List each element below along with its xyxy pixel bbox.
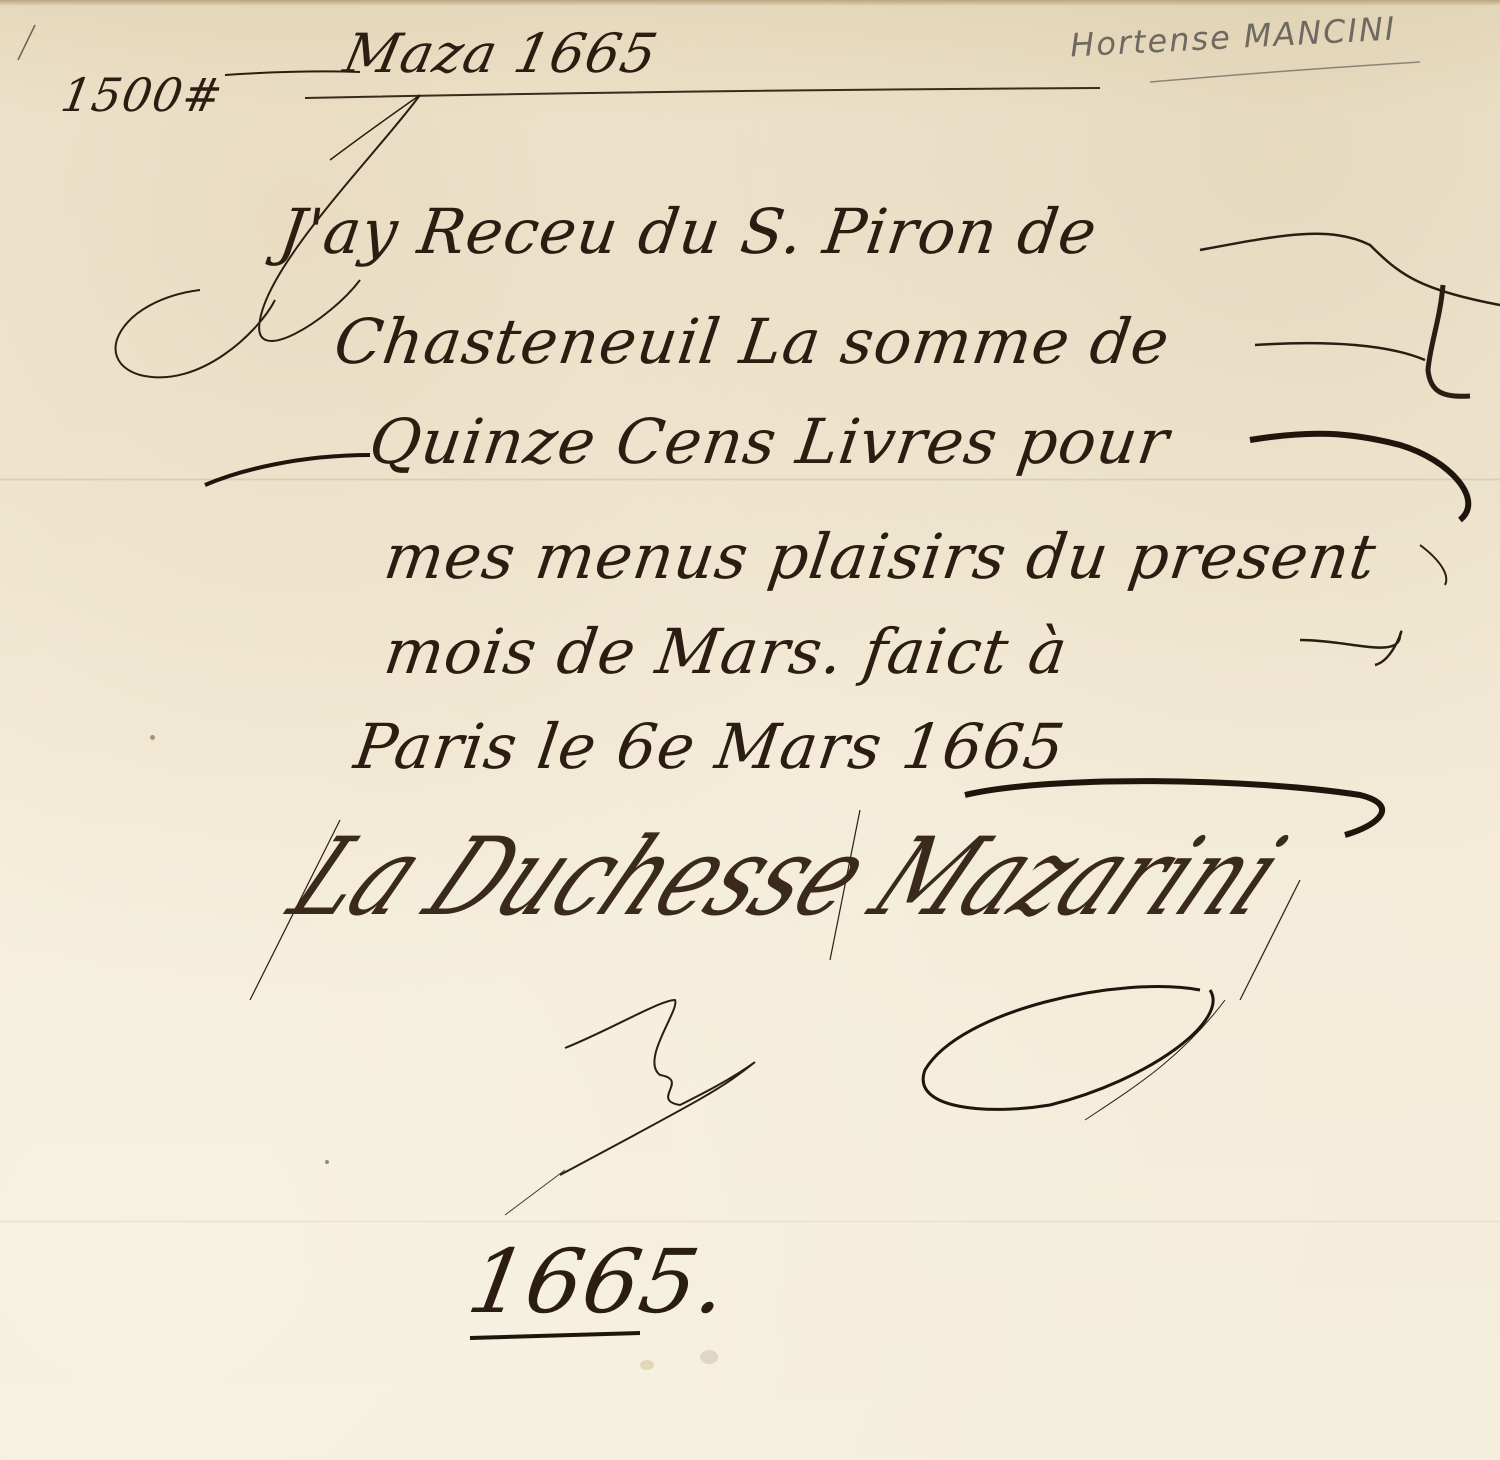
paper-top-edge: [0, 0, 1500, 6]
ink-speck: [325, 1160, 329, 1164]
amount-note: 1500#: [57, 68, 227, 122]
docket-date: Maza 1665: [338, 22, 663, 85]
paper-fold-line: [0, 478, 1500, 481]
paper-stain: [700, 1350, 718, 1364]
paper-fold-line-lower: [0, 1220, 1500, 1223]
paper-stain: [640, 1360, 654, 1370]
body-line-5: mois de Mars. faict à: [380, 615, 1072, 688]
body-line-1: J'ay Receu du S. Piron de: [275, 195, 1102, 268]
body-line-2: Chasteneuil La somme de: [330, 305, 1174, 378]
body-line-3: Quinze Cens Livres pour: [365, 405, 1174, 478]
footer-year: 1665.: [461, 1230, 736, 1333]
signature: La Duchesse Mazarini: [270, 815, 1305, 940]
body-line-4: mes menus plaisirs du present: [380, 520, 1381, 593]
body-line-6: Paris le 6e Mars 1665: [350, 710, 1070, 783]
ink-speck: [150, 735, 155, 740]
